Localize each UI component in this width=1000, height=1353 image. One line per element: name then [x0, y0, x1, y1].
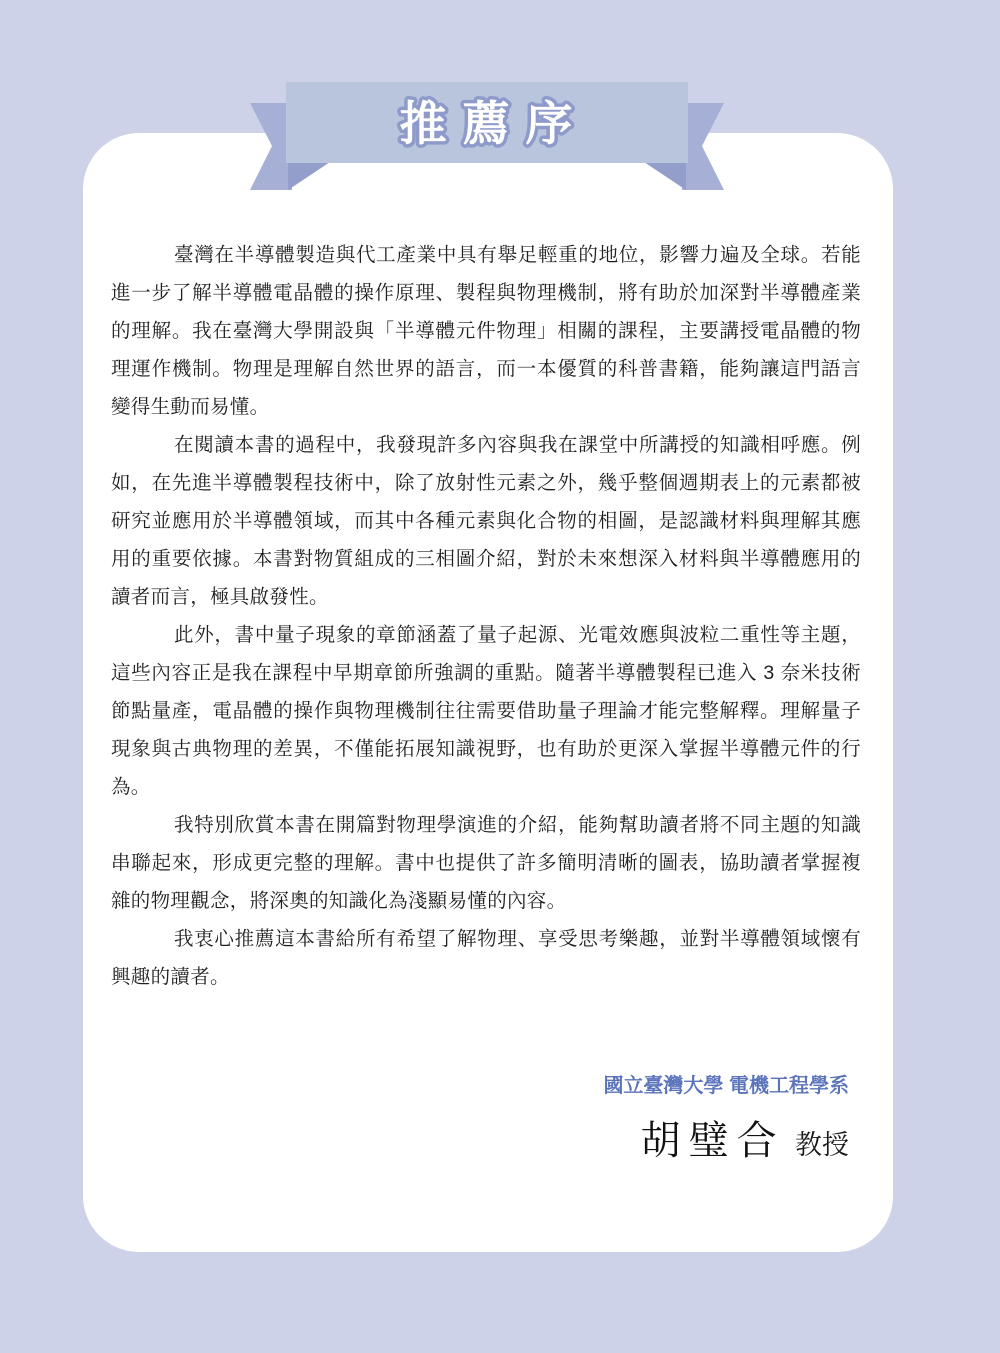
banner-title: 推薦序 [400, 97, 589, 150]
preface-content: 臺灣在半導體製造與代工產業中具有舉足輕重的地位，影響力遍及全球。若能進一步了解半… [83, 133, 893, 1176]
preface-paragraph: 我特別欣賞本書在開篇對物理學演進的介紹，能夠幫助讀者將不同主題的知識串聯起來，形… [111, 806, 861, 920]
author-name-line: 胡璧合 教授 [111, 1115, 849, 1176]
preface-paragraph: 在閱讀本書的過程中，我發現許多內容與我在課堂中所講授的知識相呼應。例如，在先進半… [111, 426, 861, 616]
preface-paragraph: 此外，書中量子現象的章節涵蓋了量子起源、光電效應與波粒二重性等主題，這些內容正是… [111, 616, 861, 806]
affiliation-text: 國立臺灣大學 電機工程學系 [111, 1071, 849, 1101]
ribbon-tail-left [250, 103, 292, 190]
preface-paragraph: 我衷心推薦這本書給所有希望了解物理、享受思考樂趣，並對半導體領域懷有興趣的讀者。 [111, 920, 861, 996]
page-background: 臺灣在半導體製造與代工產業中具有舉足輕重的地位，影響力遍及全球。若能進一步了解半… [0, 0, 1000, 1353]
author-name: 胡璧合 [641, 1118, 785, 1164]
ribbon-tail-right [682, 103, 724, 190]
preface-paragraph: 臺灣在半導體製造與代工產業中具有舉足輕重的地位，影響力遍及全球。若能進一步了解半… [111, 236, 861, 426]
author-title: 教授 [795, 1130, 849, 1160]
ribbon-fold-right [644, 162, 686, 190]
preface-card: 臺灣在半導體製造與代工產業中具有舉足輕重的地位，影響力遍及全球。若能進一步了解半… [83, 133, 893, 1252]
signature-block: 國立臺灣大學 電機工程學系 胡璧合 教授 [111, 1071, 861, 1176]
ribbon-banner: 推薦序 [0, 0, 1000, 210]
ribbon-fold-left [288, 162, 330, 190]
